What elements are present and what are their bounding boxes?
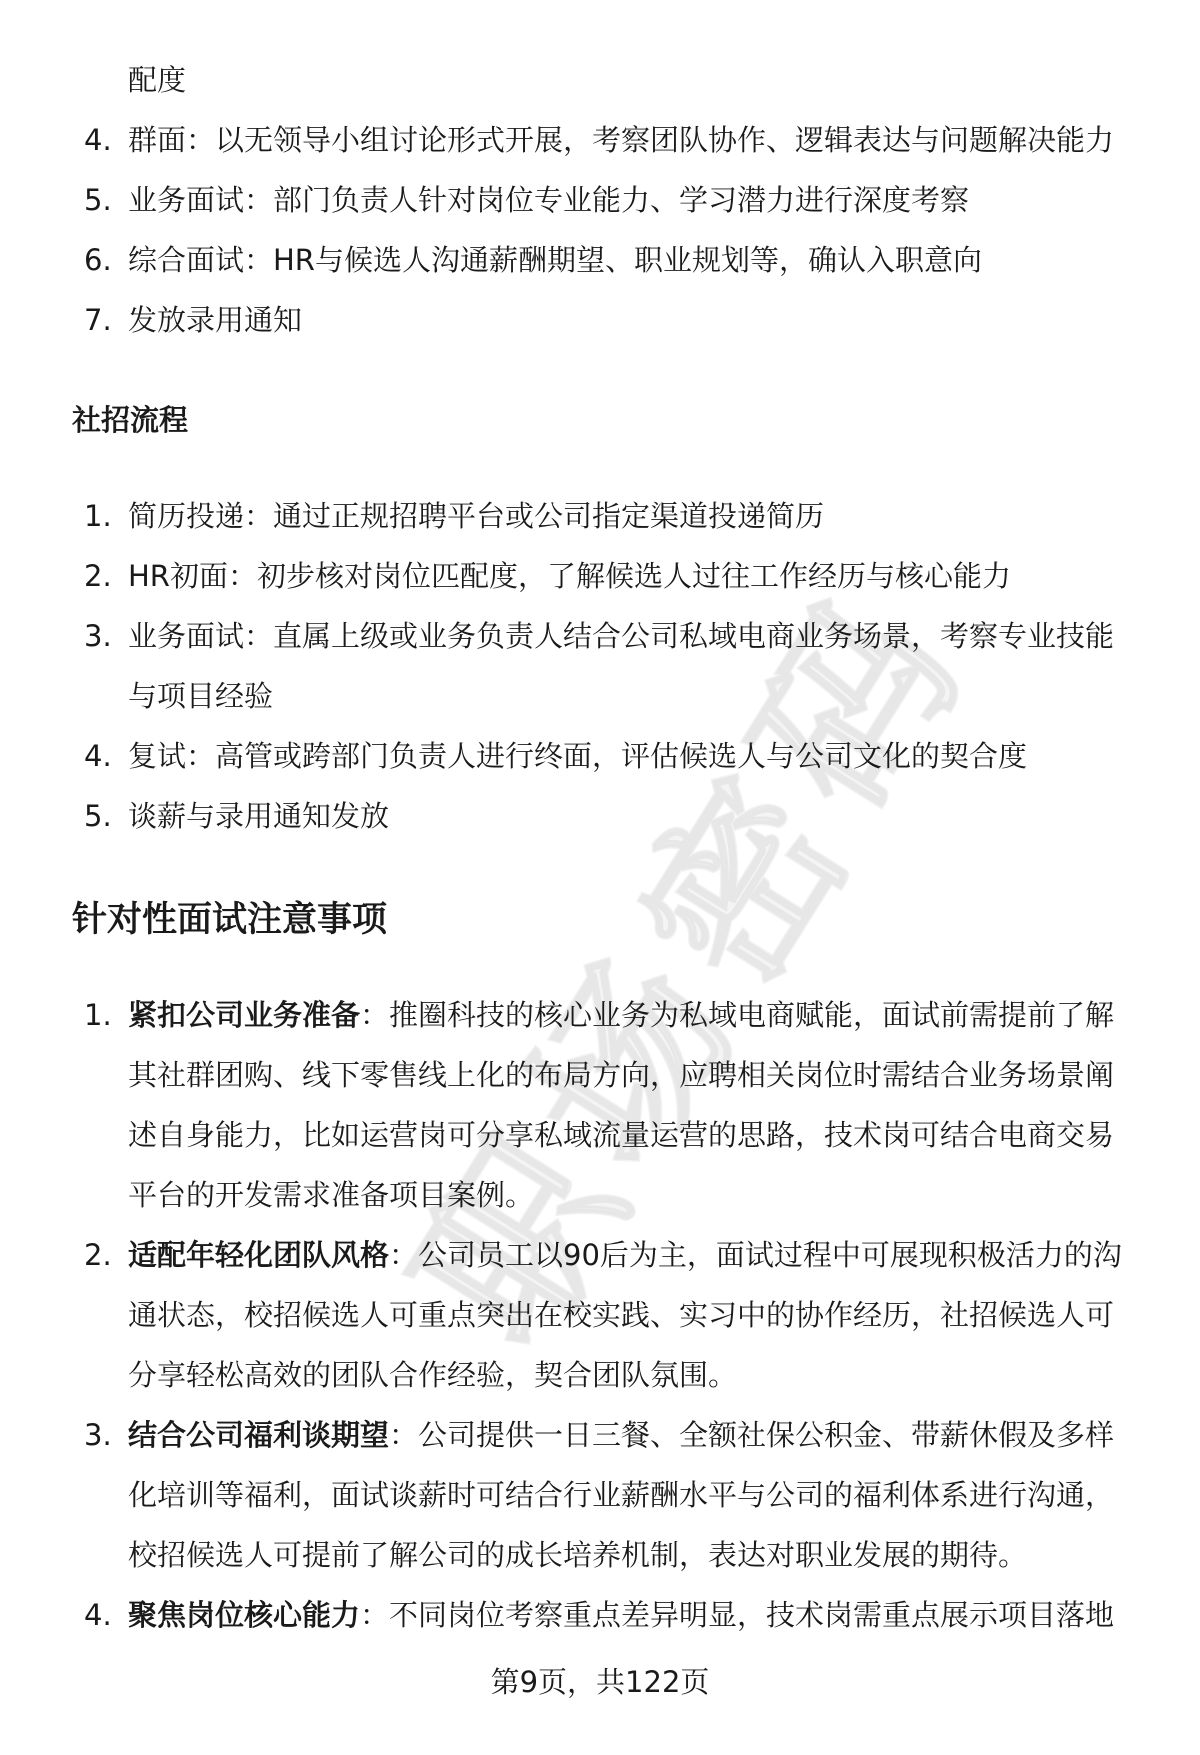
list-number: 7. [84,290,112,350]
list-item: 4. 复试：高管或跨部门负责人进行终面，评估候选人与公司文化的契合度 [0,726,1200,786]
list-number: 3. [84,606,112,666]
list-item: 1. 简历投递：通过正规招聘平台或公司指定渠道投递简历 [0,486,1200,546]
list-text: 综合面试：HR与候选人沟通薪酬期望、职业规划等，确认入职意向 [128,243,982,277]
list-text: 业务面试：直属上级或业务负责人结合公司私域电商业务场景，考察专业技能与项目经验 [128,619,1114,713]
list-number: 5. [84,170,112,230]
list-number: 3. [84,1405,112,1465]
tip-title: 结合公司福利谈期望 [128,1418,389,1452]
page-number: 第9页，共122页 [0,1660,1200,1701]
tip-title: 紧扣公司业务准备 [128,998,360,1032]
list-number: 2. [84,546,112,606]
list-number: 1. [84,985,112,1045]
list-text: 业务面试：部门负责人针对岗位专业能力、学习潜力进行深度考察 [128,183,969,217]
list-number: 4. [84,110,112,170]
list-text: 发放录用通知 [128,303,302,337]
list-number: 2. [84,1225,112,1285]
list-text: 复试：高管或跨部门负责人进行终面，评估候选人与公司文化的契合度 [128,739,1027,773]
interview-tips-list: 1. 紧扣公司业务准备：推圈科技的核心业务为私域电商赋能，面试前需提前了解其社群… [0,985,1200,1645]
list-item: 3. 结合公司福利谈期望：公司提供一日三餐、全额社保公积金、带薪休假及多样化培训… [0,1405,1200,1585]
list-text: HR初面：初步核对岗位匹配度，了解候选人过往工作经历与核心能力 [128,559,1011,593]
interview-tips: 1. 紧扣公司业务准备：推圈科技的核心业务为私域电商赋能，面试前需提前了解其社群… [0,985,1200,1645]
list-item-continuation: 配度 [0,50,1200,110]
section-heading-tips: 针对性面试注意事项 [72,892,387,942]
list-item: 6. 综合面试：HR与候选人沟通薪酬期望、职业规划等，确认入职意向 [0,230,1200,290]
list-text: 群面：以无领导小组讨论形式开展，考察团队协作、逻辑表达与问题解决能力 [128,123,1114,157]
list-item: 4. 聚焦岗位核心能力：不同岗位考察重点差异明显，技术岗需重点展示项目落地 [0,1585,1200,1645]
list-item: 7. 发放录用通知 [0,290,1200,350]
list-item: 2. 适配年轻化团队风格：公司员工以90后为主，面试过程中可展现积极活力的沟通状… [0,1225,1200,1405]
list-item: 5. 谈薪与录用通知发放 [0,786,1200,846]
list-number: 4. [84,1585,112,1645]
tip-text: ：不同岗位考察重点差异明显，技术岗需重点展示项目落地 [360,1598,1114,1632]
tip-title: 适配年轻化团队风格 [128,1238,389,1272]
list-number: 5. [84,786,112,846]
list-text: 简历投递：通过正规招聘平台或公司指定渠道投递简历 [128,499,824,533]
list-item: 2. HR初面：初步核对岗位匹配度，了解候选人过往工作经历与核心能力 [0,546,1200,606]
list-text: 谈薪与录用通知发放 [128,799,389,833]
section-heading-social: 社招流程 [72,398,188,439]
list-number: 1. [84,486,112,546]
campus-process-tail: 配度 4. 群面：以无领导小组讨论形式开展，考察团队协作、逻辑表达与问题解决能力… [0,50,1200,350]
list-item: 3. 业务面试：直属上级或业务负责人结合公司私域电商业务场景，考察专业技能与项目… [0,606,1200,726]
social-process-list: 1. 简历投递：通过正规招聘平台或公司指定渠道投递简历 2. HR初面：初步核对… [0,486,1200,846]
continuation-text: 配度 [128,63,186,97]
list-item: 4. 群面：以无领导小组讨论形式开展，考察团队协作、逻辑表达与问题解决能力 [0,110,1200,170]
list-item: 5. 业务面试：部门负责人针对岗位专业能力、学习潜力进行深度考察 [0,170,1200,230]
list-item: 1. 紧扣公司业务准备：推圈科技的核心业务为私域电商赋能，面试前需提前了解其社群… [0,985,1200,1225]
list-number: 6. [84,230,112,290]
document-page: 配度 4. 群面：以无领导小组讨论形式开展，考察团队协作、逻辑表达与问题解决能力… [0,0,1200,1755]
tip-title: 聚焦岗位核心能力 [128,1598,360,1632]
list-number: 4. [84,726,112,786]
social-process: 1. 简历投递：通过正规招聘平台或公司指定渠道投递简历 2. HR初面：初步核对… [0,486,1200,846]
campus-process-list: 4. 群面：以无领导小组讨论形式开展，考察团队协作、逻辑表达与问题解决能力 5.… [0,110,1200,350]
